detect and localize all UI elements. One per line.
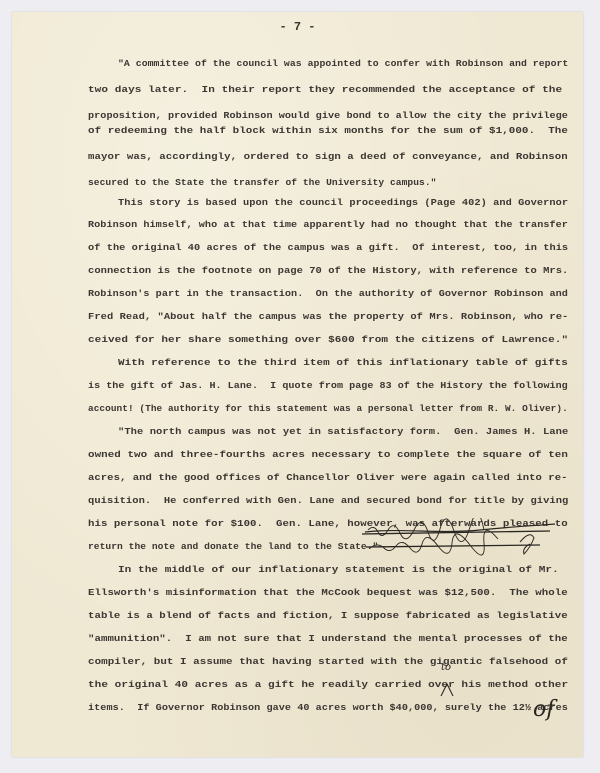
text-line: return the note and donate the land to t… — [88, 541, 378, 552]
text-line: table is a blend of facts and fiction, I… — [88, 610, 568, 621]
text-line: In the middle of our inflationary statem… — [118, 564, 559, 575]
struck-handwritten-note — [360, 518, 560, 558]
text-line: Robinson's part in the transaction. On t… — [88, 288, 568, 299]
text-line: Fred Read, "About half the campus was th… — [88, 311, 568, 322]
handwritten-insertion: to — [441, 662, 451, 673]
text-line: of the original 40 acres of the campus w… — [88, 242, 568, 253]
text-line: owned two and three-fourths acres necess… — [88, 449, 568, 460]
page-number: - 7 - — [12, 20, 583, 34]
text-line: connection is the footnote on page 70 of… — [88, 265, 568, 276]
text-line: compiler, but I assume that having start… — [88, 656, 568, 667]
text-line: proposition, provided Robinson would giv… — [88, 110, 568, 121]
text-line: "A committee of the council was appointe… — [118, 58, 568, 69]
text-line: "ammunition". I am not sure that I under… — [88, 633, 568, 644]
text-line: With reference to the third item of this… — [118, 357, 568, 368]
text-line: two days later. In their report they rec… — [88, 84, 562, 95]
text-line: ceived for her share something over $600… — [88, 334, 568, 345]
text-line: quisition. He conferred with Gen. Lane a… — [88, 495, 568, 506]
text-line: mayor was, accordingly, ordered to sign … — [88, 151, 568, 162]
text-line: the original 40 acres as a gift he readi… — [88, 679, 568, 690]
text-line: account! (The authority for this stateme… — [88, 403, 568, 414]
text-line: of redeeming the half block within six m… — [88, 125, 568, 136]
text-line: acres, and the good offices of Chancello… — [88, 472, 568, 483]
text-line: This story is based upon the council pro… — [118, 197, 568, 208]
text-line: secured to the State the transfer of the… — [88, 177, 436, 188]
text-line: "The north campus was not yet in satisfa… — [118, 426, 568, 437]
text-line: Ellsworth's misinformation that the McCo… — [88, 587, 568, 598]
text-line: is the gift of Jas. H. Lane. I quote fro… — [88, 380, 568, 391]
text-line: Robinson himself, who at that time appar… — [88, 219, 568, 230]
handwritten-margin-note: of — [533, 697, 554, 722]
text-line: items. If Governor Robinson gave 40 acre… — [88, 702, 568, 713]
